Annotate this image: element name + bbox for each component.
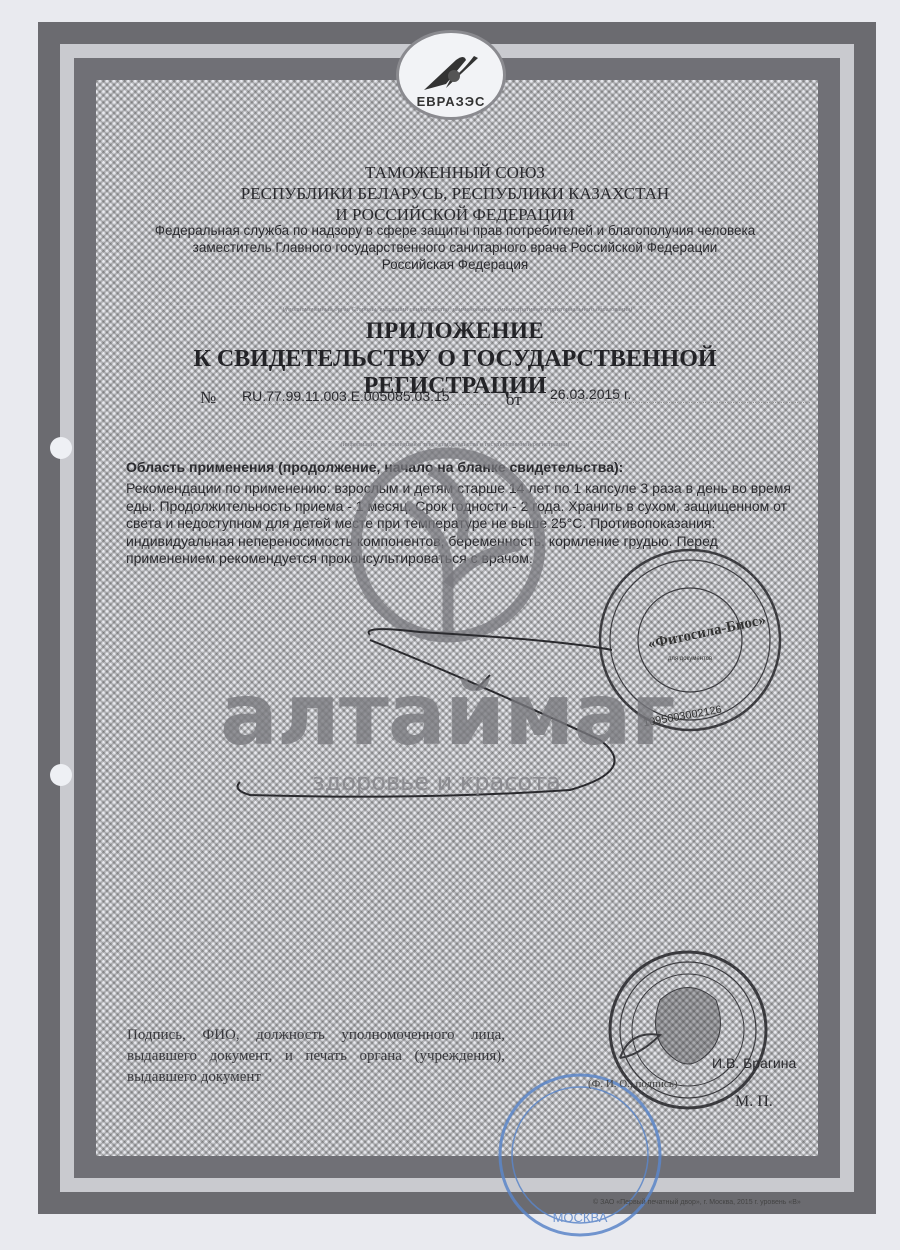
fio-caption: (Ф. И. О., подпись) [588, 1078, 678, 1090]
watermark-tagline: здоровье и красота [312, 768, 561, 796]
signer-name: И.В. Брагина [712, 1055, 796, 1071]
certificate-page: ЕВРАЗЭС ТАМОЖЕННЫЙ СОЮЗ РЕСПУБЛИКИ БЕЛАР… [0, 0, 900, 1250]
signature-label: Подпись, ФИО, должность уполномоченного … [127, 1025, 505, 1088]
watermark-brand: алтаймаг [220, 672, 674, 758]
svg-text:для документов: для документов [668, 656, 712, 662]
svg-text:«Фитосила-Биос»: «Фитосила-Биос» [646, 612, 767, 653]
printer-stamp: МОСКВА [500, 1075, 660, 1235]
printer-footer: © ЗАО «Первый печатный двор», г. Москва,… [593, 1199, 801, 1206]
svg-text:МОСКВА: МОСКВА [553, 1210, 608, 1225]
altaymag-tree-logo-icon [356, 453, 540, 637]
seal-mark: М. П. [735, 1093, 773, 1111]
